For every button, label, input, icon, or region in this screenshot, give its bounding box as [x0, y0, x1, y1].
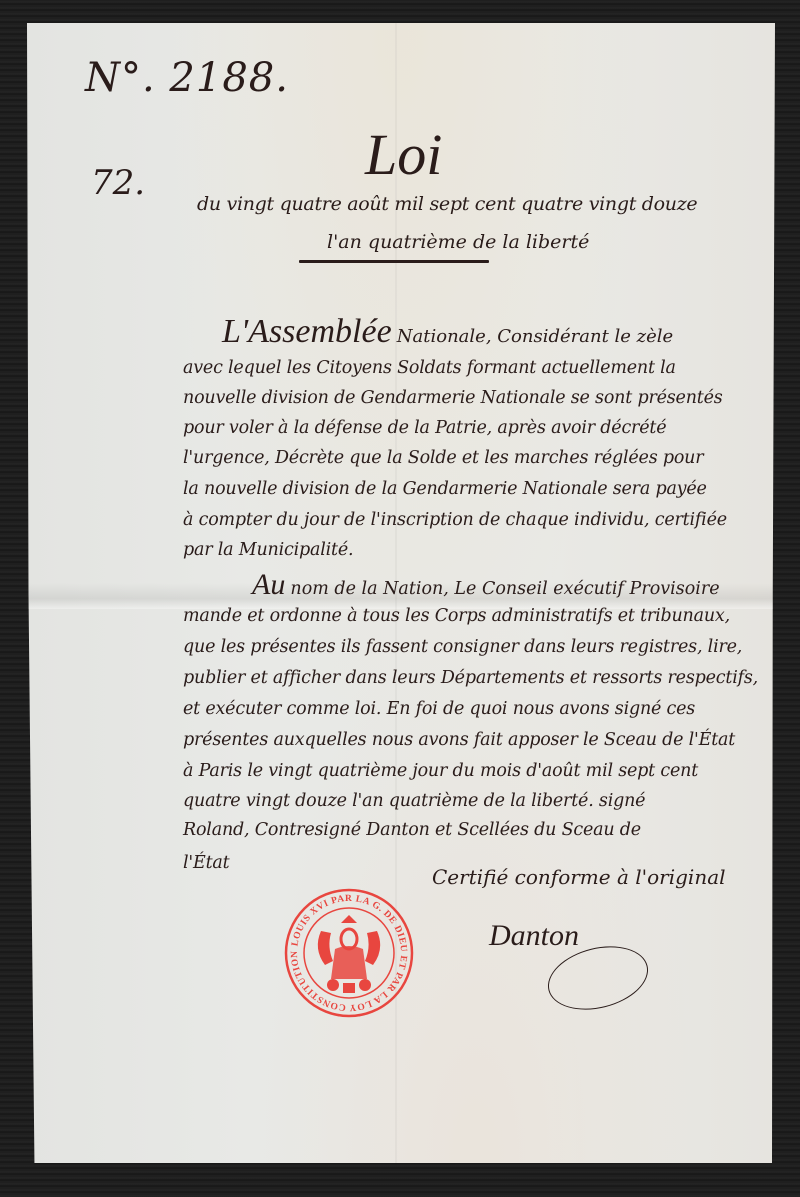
document-number: N°. 2188. [85, 55, 289, 101]
body-line: pour voler à la défense de la Patrie, ap… [183, 418, 666, 438]
manuscript-page: N°. 2188. 72. Loi du vingt quatre août m… [27, 23, 775, 1163]
body-line: que les présentes ils fassent consigner … [183, 637, 742, 657]
body-line: l'État [183, 853, 229, 873]
date-line-2: l'an quatrième de la liberté [327, 231, 589, 253]
document-title: Loi [365, 121, 442, 188]
signature: Danton [489, 919, 579, 953]
body-line: Nationale, Considérant le zèle [397, 326, 673, 347]
body-line: et exécuter comme loi. En foi de quoi no… [183, 699, 695, 719]
body-line: Roland, Contresigné Danton et Scellées d… [183, 820, 641, 840]
body-line: présentes auxquelles nous avons fait app… [183, 730, 735, 750]
body-line: avec lequel les Citoyens Soldats formant… [183, 358, 676, 378]
paragraph-2-lead-word: Au [252, 568, 285, 601]
body-line: quatre vingt douze l'an quatrième de la … [183, 791, 645, 811]
paragraph-2-first-line: Au nom de la Nation, Le Conseil exécutif… [252, 568, 720, 602]
body-line: nom de la Nation, Le Conseil exécutif Pr… [290, 579, 719, 599]
body-line: à compter du jour de l'inscription de ch… [183, 510, 727, 530]
certification-line: Certifié conforme à l'original [432, 865, 726, 889]
body-line: nouvelle division de Gendarmerie Nationa… [183, 388, 723, 408]
body-line: publier et afficher dans leurs Départeme… [183, 668, 758, 688]
body-line: l'urgence, Décrète que la Solde et les m… [183, 448, 703, 468]
paragraph-1-lead-word: L'Assemblée [222, 313, 392, 350]
paragraph-1-first-line: L'Assemblée Nationale, Considérant le zè… [222, 313, 673, 351]
royal-seal-stamp: LOUIS XVI PAR LA G. DE DIEU ET PAR LA LO… [283, 887, 415, 1019]
body-line: la nouvelle division de la Gendarmerie N… [183, 479, 707, 499]
date-line-1: du vingt quatre août mil sept cent quatr… [197, 193, 697, 215]
title-rule-divider [299, 260, 489, 263]
body-line: par la Municipalité. [183, 540, 353, 560]
margin-number: 72. [91, 163, 145, 203]
body-line: mande et ordonne à tous les Corps admini… [183, 606, 730, 626]
body-line: à Paris le vingt quatrième jour du mois … [183, 761, 698, 781]
